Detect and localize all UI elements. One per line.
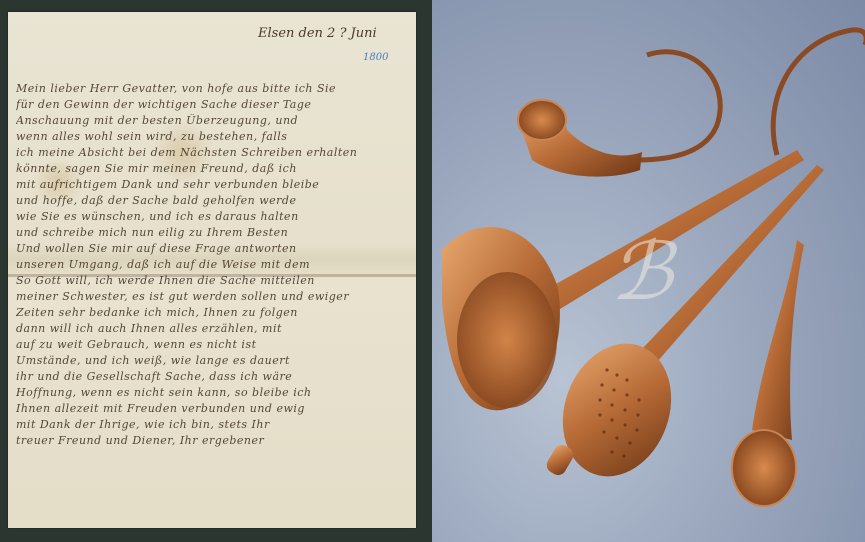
letter-line: für den Gewinn der wichtigen Sache diese… xyxy=(16,98,411,112)
letter-line: Mein lieber Herr Gevatter, von hofe aus … xyxy=(16,82,411,96)
letter-paper: Elsen den 2 ? Juni 1800 Mein lieber Herr… xyxy=(8,12,416,528)
letter-line: ihr und die Gesellschaft Sache, dass ich… xyxy=(16,370,411,384)
letter-line: mit Dank der Ihrige, wie ich bin, stets … xyxy=(16,418,411,432)
letter-dateline: Elsen den 2 ? Juni xyxy=(258,26,377,41)
letter-line: meiner Schwester, es ist gut werden soll… xyxy=(16,290,411,304)
slender-conical-trumpet xyxy=(752,240,804,440)
headband-strap xyxy=(773,30,865,155)
letter-line: mit aufrichtigem Dank und sehr verbunden… xyxy=(16,178,411,192)
letter-line: könnte, sagen Sie mir meinen Freund, daß… xyxy=(16,162,411,176)
letter-line: Umstände, und ich weiß, wie lange es dau… xyxy=(16,354,411,368)
letter-line: treuer Freund und Diener, Ihr ergebener xyxy=(16,434,411,448)
letter-line: Hoffnung, wenn es nicht sein kann, so bl… xyxy=(16,386,411,400)
letter-line: auf zu weit Gebrauch, wenn es nicht ist xyxy=(16,338,411,352)
letter-line: Und wollen Sie mir auf diese Frage antwo… xyxy=(16,242,411,256)
letter-line: wie Sie es wünschen, und ich es daraus h… xyxy=(16,210,411,224)
letter-line: So Gott will, ich werde Ihnen die Sache … xyxy=(16,274,411,288)
letter-line: dann will ich auch Ihnen alles erzählen,… xyxy=(16,322,411,336)
letter-line: wenn alles wohl sein wird, zu bestehen, … xyxy=(16,130,411,144)
image-composite: Elsen den 2 ? Juni 1800 Mein lieber Herr… xyxy=(0,0,865,542)
letter-line: Zeiten sehr bedanke ich mich, Ihnen zu f… xyxy=(16,306,411,320)
letter-body: Mein lieber Herr Gevatter, von hofe aus … xyxy=(16,82,411,450)
letter-line: Ihnen allezeit mit Freuden verbunden und… xyxy=(16,402,411,416)
letter-line: unseren Umgang, daß ich auf die Weise mi… xyxy=(16,258,411,272)
letter-panel: Elsen den 2 ? Juni 1800 Mein lieber Herr… xyxy=(0,0,432,542)
letter-line: Anschauung mit der besten Überzeugung, u… xyxy=(16,114,411,128)
ear-trumpets-panel: ℬ xyxy=(432,0,865,542)
monogram-watermark: ℬ xyxy=(610,225,673,318)
letter-line: ich meine Absicht bei dem Nächsten Schre… xyxy=(16,146,411,160)
letter-line: und schreibe mich nun eilig zu Ihrem Bes… xyxy=(16,226,411,240)
headband-strap xyxy=(637,52,720,160)
archive-year-mark: 1800 xyxy=(363,52,388,63)
letter-line: und hoffe, daß der Sache bald geholfen w… xyxy=(16,194,411,208)
